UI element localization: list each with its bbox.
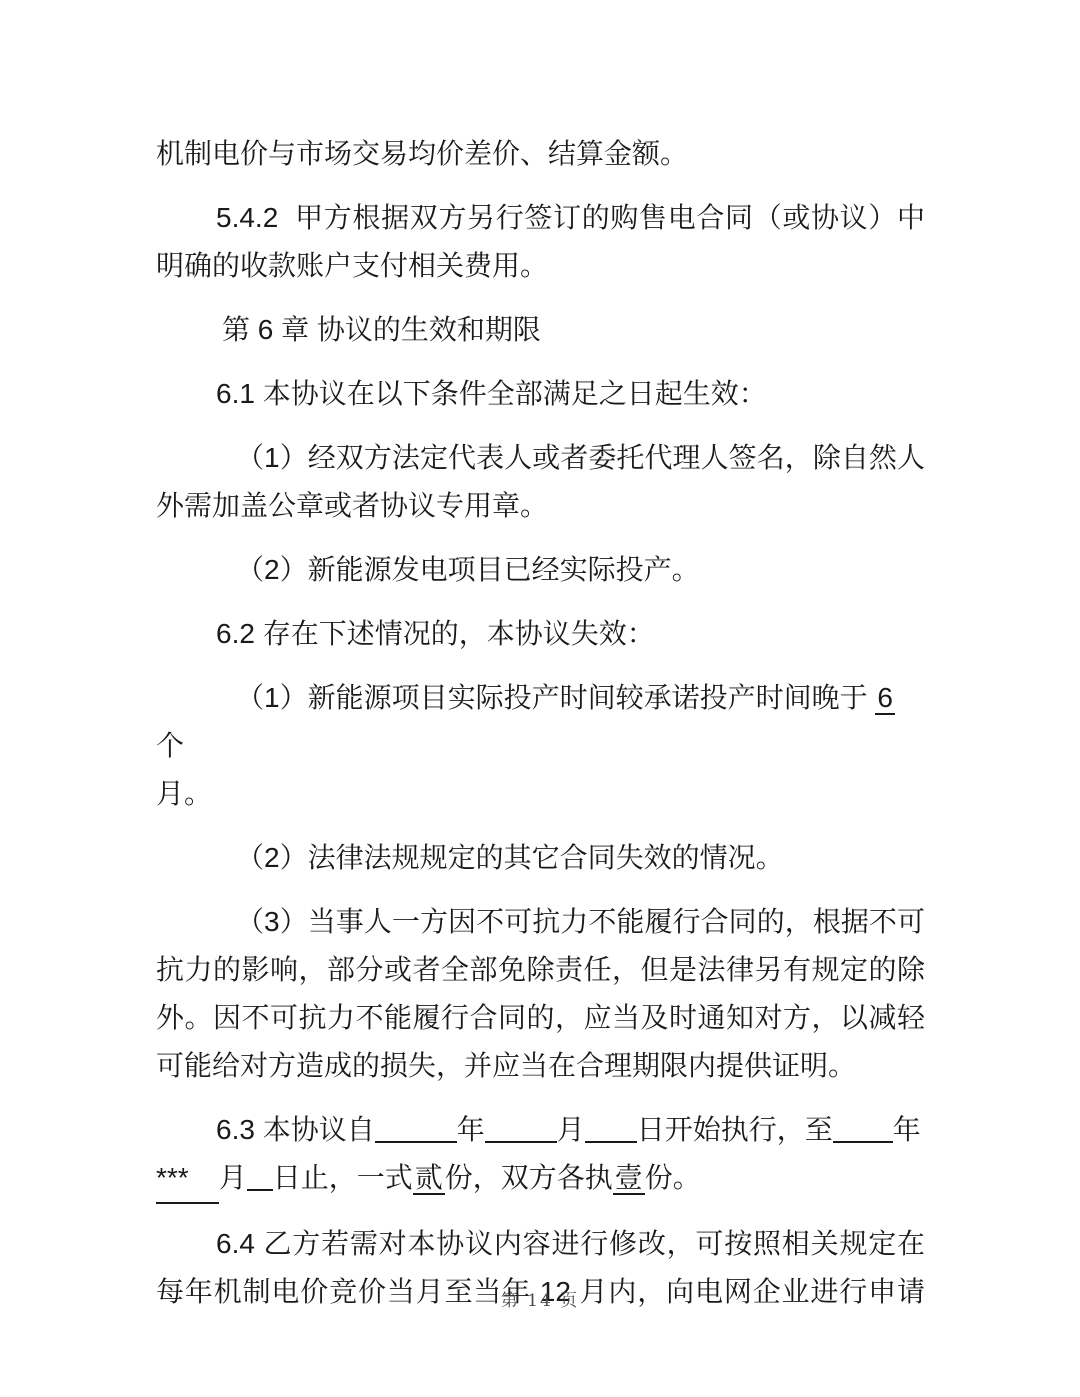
body-line: 明确的收款账户支付相关费用。 [156, 242, 925, 290]
body-text: 月 [219, 1162, 247, 1193]
body-line: 月。 [156, 770, 925, 818]
paragraph-5-4-2: 5.4.2 甲方根据双方另行签订的购售电合同（或协议）中 明确的收款账户支付相关… [156, 194, 925, 290]
body-text: 6.3 本协议自 [216, 1114, 375, 1145]
body-text: 月 [557, 1114, 585, 1145]
body-line: 外需加盖公章或者协议专用章。 [156, 482, 925, 530]
paragraph-6-2-item-1: （1）新能源项目实际投产时间较承诺投产时间晚于 6 个 月。 [156, 674, 925, 818]
blank-field-start-month [485, 1111, 557, 1143]
underlined-value-copies: 贰 [413, 1162, 445, 1195]
body-text: 份。 [645, 1162, 701, 1193]
body-line: （2）法律法规规定的其它合同失效的情况。 [156, 834, 925, 882]
document-page: 机制电价与市场交易均价差价、结算金额。 5.4.2 甲方根据双方另行签订的购售电… [0, 0, 1080, 1397]
body-line: 可能给对方造成的损失，并应当在合理期限内提供证明。 [156, 1042, 925, 1090]
underlined-value-months: 6 [875, 682, 895, 715]
paragraph-6-2: 6.2 存在下述情况的，本协议失效： [156, 610, 925, 658]
body-line: 6.4 乙方若需对本协议内容进行修改，可按照相关规定在 [156, 1220, 925, 1268]
body-line: 外。因不可抗力不能履行合同的，应当及时通知对方，以减轻 [156, 994, 925, 1042]
body-line: （3）当事人一方因不可抗力不能履行合同的，根据不可 [156, 898, 925, 946]
blank-field-end-year [833, 1111, 893, 1143]
underlined-value-each: 壹 [613, 1162, 645, 1195]
paragraph-5-4-1-continued: 机制电价与市场交易均价差价、结算金额。 [156, 130, 925, 178]
blank-field-end-day [247, 1159, 273, 1191]
body-text: 份，双方各执 [445, 1162, 613, 1193]
paragraph-6-2-item-2: （2）法律法规规定的其它合同失效的情况。 [156, 834, 925, 882]
body-line: 5.4.2 甲方根据双方另行签订的购售电合同（或协议）中 [156, 194, 925, 242]
body-line: （1）经双方法定代表人或者委托代理人签名，除自然人 [156, 434, 925, 482]
blank-field-start-day [585, 1111, 637, 1143]
body-text: 年 [893, 1114, 921, 1145]
body-line: 6.1 本协议在以下条件全部满足之日起生效： [156, 370, 925, 418]
blank-field-end-year-stars: *** [156, 1154, 219, 1204]
body-line: （1）新能源项目实际投产时间较承诺投产时间晚于 6 个 [156, 674, 925, 770]
body-text: 日止，一式 [273, 1162, 413, 1193]
paragraph-6-3: 6.3 本协议自年月日开始执行，至年 ***月日止，一式贰份，双方各执壹份。 [156, 1106, 925, 1204]
body-text: （1）新能源项目实际投产时间较承诺投产时间晚于 [236, 682, 875, 713]
blank-field-start-year [375, 1111, 457, 1143]
body-line: 机制电价与市场交易均价差价、结算金额。 [156, 130, 925, 178]
body-line: （2）新能源发电项目已经实际投产。 [156, 546, 925, 594]
paragraph-6-1-item-2: （2）新能源发电项目已经实际投产。 [156, 546, 925, 594]
body-text: 日开始执行，至 [637, 1114, 833, 1145]
footer-page-number: 第 14 页 [0, 1286, 1080, 1311]
body-line: 抗力的影响，部分或者全部免除责任，但是法律另有规定的除 [156, 946, 925, 994]
body-text: 年 [457, 1114, 485, 1145]
body-line: ***月日止，一式贰份，双方各执壹份。 [156, 1154, 925, 1204]
chapter-6-heading: 第 6 章 协议的生效和期限 [156, 306, 925, 354]
paragraph-6-1-item-1: （1）经双方法定代表人或者委托代理人签名，除自然人 外需加盖公章或者协议专用章。 [156, 434, 925, 530]
paragraph-6-2-item-3: （3）当事人一方因不可抗力不能履行合同的，根据不可 抗力的影响，部分或者全部免除… [156, 898, 925, 1090]
paragraph-6-1: 6.1 本协议在以下条件全部满足之日起生效： [156, 370, 925, 418]
body-line: 6.3 本协议自年月日开始执行，至年 [156, 1106, 925, 1154]
stars-value: *** [156, 1162, 189, 1193]
chapter-title: 第 6 章 协议的生效和期限 [156, 306, 925, 354]
body-line: 6.2 存在下述情况的，本协议失效： [156, 610, 925, 658]
